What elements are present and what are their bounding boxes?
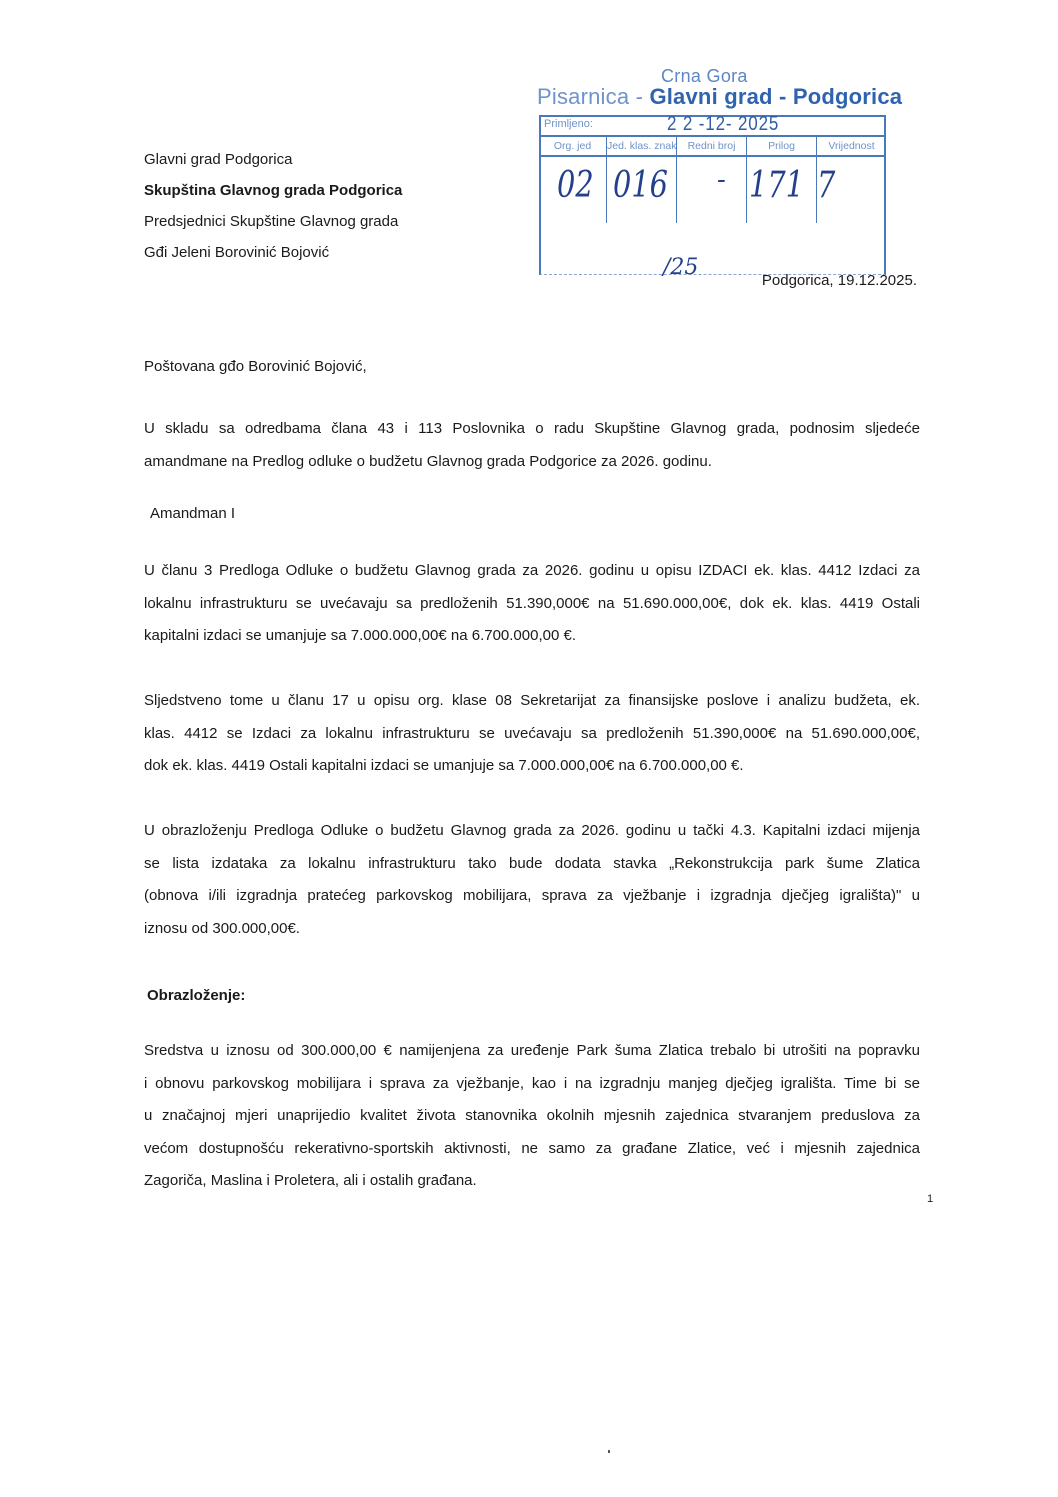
- stamp-header-row: Org. jed Jed. klas. znak Redni broj Pril…: [539, 137, 886, 157]
- place-date: Podgorica, 19.12.2025.: [762, 272, 917, 289]
- handwritten-dash: -: [717, 165, 726, 195]
- justification-paragraph: Sredstva u iznosu od 300.000,00 € namije…: [144, 1035, 920, 1198]
- recipient-line-4: Gđi Jeleni Borovinić Bojović: [144, 244, 329, 261]
- amendment-title: Amandman I: [150, 505, 235, 522]
- stamp-received-date: 2 2 -12- 2025: [667, 113, 779, 136]
- justification-line: Sredstva u iznosu od 300.000,00 € namije…: [144, 1035, 920, 1068]
- justification-line: i obnovu parkovskog mobilijara i sprava …: [144, 1068, 920, 1101]
- amendment-line: Sljedstveno tome u članu 17 u opisu org.…: [144, 685, 920, 718]
- handwritten-jed-klas-znak: 016: [613, 165, 668, 206]
- handwritten-year: /25: [663, 255, 698, 280]
- justification-line: u značajnoj mjeri unaprijedio kvalitet ž…: [144, 1100, 920, 1133]
- stamp-val-jed-klas-znak: 016: [607, 157, 677, 223]
- salutation: Poštovana gđo Borovinić Bojović,: [144, 358, 367, 375]
- amendment-line: kapitalni izdaci se umanjuje sa 7.000.00…: [144, 620, 920, 653]
- stamp-val-org-jed: 02: [539, 157, 607, 223]
- stamp-office: Pisarnica - Glavni grad - Podgorica: [537, 84, 902, 110]
- stamp-office-name: Glavni grad - Podgorica: [649, 84, 902, 109]
- intro-paragraph: U skladu sa odredbama člana 43 i 113 Pos…: [144, 413, 920, 478]
- stamp-col-redni-broj: Redni broj: [677, 137, 747, 155]
- justification-line: većom dostupnošću rekerativno-sportskih …: [144, 1133, 920, 1166]
- stamp-received-label: Primljeno:: [544, 118, 593, 130]
- stamp-val-vrijednost: 7: [817, 157, 886, 223]
- handwritten-vrijednost: 7: [817, 165, 835, 206]
- handwritten-org-jed: 02: [557, 165, 594, 206]
- stamp-office-prefix: Pisarnica -: [537, 84, 649, 109]
- amendment-paragraph-2: Sljedstveno tome u članu 17 u opisu org.…: [144, 685, 920, 783]
- stamp-received-row: Primljeno: 2 2 -12- 2025: [539, 115, 886, 137]
- justification-line: Zagoriča, Maslina i Proletera, ali i ost…: [144, 1165, 920, 1198]
- stamp-col-org-jed: Org. jed: [539, 137, 607, 155]
- amendment-line: (obnova i/ili izgradnja pratećeg parkovs…: [144, 880, 920, 913]
- amendment-line: U članu 3 Predloga Odluke o budžetu Glav…: [144, 555, 920, 588]
- amendment-paragraph-3: U obrazloženju Predloga Odluke o budžetu…: [144, 815, 920, 945]
- stamp-value-row: 02 016 - 171 7: [539, 157, 886, 275]
- handwritten-prilog: 171: [749, 165, 804, 206]
- stamp-col-vrijednost: Vrijednost: [817, 137, 886, 155]
- stamp-val-redni-broj: -: [677, 157, 747, 223]
- recipient-line-3: Predsjednici Skupštine Glavnog grada: [144, 213, 398, 230]
- amendment-paragraph-1: U članu 3 Predloga Odluke o budžetu Glav…: [144, 555, 920, 653]
- amendment-line: klas. 4412 se Izdaci za lokalnu infrastr…: [144, 718, 920, 751]
- scan-artifact: [608, 1450, 610, 1453]
- document-page: Crna Gora Pisarnica - Glavni grad - Podg…: [0, 0, 1058, 1497]
- intro-line: U skladu sa odredbama člana 43 i 113 Pos…: [144, 413, 920, 446]
- intro-line: amandmane na Predlog odluke o budžetu Gl…: [144, 446, 920, 479]
- stamp-col-prilog: Prilog: [747, 137, 817, 155]
- page-number: 1: [927, 1193, 933, 1205]
- amendment-line: U obrazloženju Predloga Odluke o budžetu…: [144, 815, 920, 848]
- amendment-line: dok ek. klas. 4419 Ostali kapitalni izda…: [144, 750, 920, 783]
- justification-title: Obrazloženje:: [147, 987, 245, 1004]
- stamp-col-jed-klas-znak: Jed. klas. znak: [607, 137, 677, 155]
- amendment-line: lokalnu infrastrukturu se uvećavaju sa p…: [144, 588, 920, 621]
- amendment-line: se lista izdataka za lokalnu infrastrukt…: [144, 848, 920, 881]
- stamp-table: Primljeno: 2 2 -12- 2025 Org. jed Jed. k…: [539, 115, 889, 277]
- recipient-line-1: Glavni grad Podgorica: [144, 151, 292, 168]
- stamp-val-prilog: 171: [747, 157, 817, 223]
- recipient-line-2: Skupština Glavnog grada Podgorica: [144, 182, 402, 199]
- amendment-line: iznosu od 300.000,00€.: [144, 913, 920, 946]
